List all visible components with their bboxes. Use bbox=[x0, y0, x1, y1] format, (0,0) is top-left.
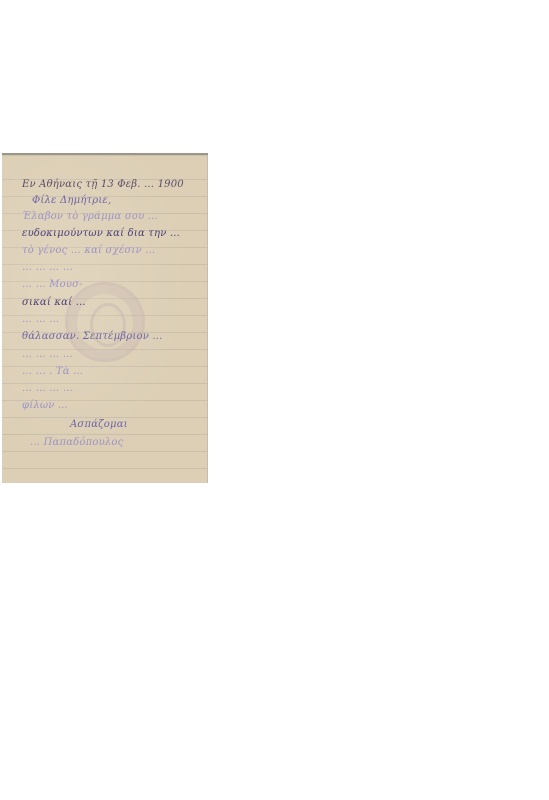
signature: … Παπαδόπουλος bbox=[30, 437, 123, 448]
text-line: … … … … bbox=[22, 262, 73, 273]
text-line: … … … … bbox=[22, 383, 73, 394]
text-line: θάλασσαν. Σεπτέμβριον … bbox=[22, 331, 163, 342]
text-line: σικαί καί … bbox=[22, 297, 86, 308]
text-line: τὸ γένος … καί σχέσιν … bbox=[22, 245, 155, 256]
seal-watermark bbox=[65, 282, 145, 362]
text-line: … … Μουσ- bbox=[22, 279, 83, 290]
text-line: Έλαβον τὸ γράμμα σου … bbox=[22, 211, 158, 222]
text-line: φίλων … bbox=[22, 400, 68, 411]
text-line: … … … … bbox=[22, 349, 73, 360]
closing: Ασπάζομαι bbox=[70, 419, 128, 430]
text-line: ευδοκιμούντων καί δια την … bbox=[22, 228, 180, 239]
letter-page: Εν Αθήναις τῇ 13 Φεβ. … 1900 Φίλε Δημήτρ… bbox=[2, 153, 208, 483]
salutation: Φίλε Δημήτριε, bbox=[32, 195, 111, 206]
text-line: … … . Τὰ … bbox=[22, 366, 83, 377]
date-line: Εν Αθήναις τῇ 13 Φεβ. … 1900 bbox=[22, 179, 184, 190]
text-line: … … … bbox=[22, 314, 59, 325]
